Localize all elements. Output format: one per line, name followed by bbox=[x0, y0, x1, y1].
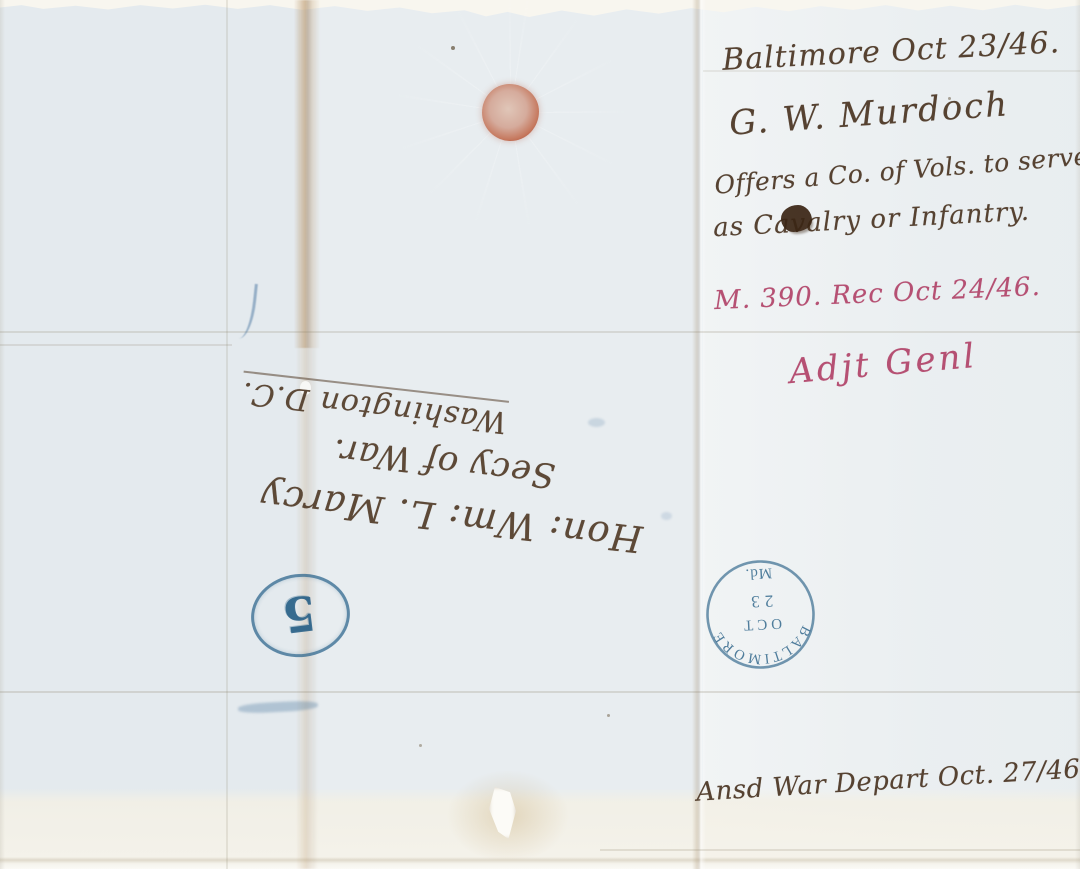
ink-speck bbox=[607, 714, 610, 717]
blue-speck bbox=[588, 418, 605, 427]
vertical-fold-edge-right bbox=[692, 0, 706, 869]
paper-right-edge bbox=[1075, 0, 1080, 869]
baltimore-postmark: BALTIMORE Md. OCT 23 bbox=[699, 553, 822, 676]
horizontal-crease-bottom-right bbox=[600, 849, 1080, 851]
horizontal-crease-upper-left bbox=[0, 344, 232, 346]
vertical-fold-stain bbox=[294, 0, 320, 348]
letter-scan: Baltimore Oct 23/46. G. W. Murdoch Offer… bbox=[0, 0, 1080, 869]
ink-speck bbox=[948, 97, 951, 100]
postmark-day-text: 23 bbox=[746, 591, 774, 611]
postmark-month-text: OCT bbox=[740, 615, 783, 633]
paper-left-edge bbox=[0, 0, 5, 869]
ink-blot bbox=[781, 205, 812, 232]
blue-speck bbox=[661, 512, 672, 520]
red-wax-seal bbox=[482, 84, 539, 141]
horizontal-crease-lower bbox=[0, 691, 1080, 693]
ink-speck bbox=[419, 744, 422, 747]
horizontal-crease-upper bbox=[0, 331, 1080, 333]
paper-bottom-edge bbox=[0, 857, 1080, 869]
ink-speck bbox=[451, 46, 455, 50]
postmark-state-text: Md. bbox=[744, 564, 772, 581]
rate-stamp-value: 5 bbox=[279, 584, 319, 644]
